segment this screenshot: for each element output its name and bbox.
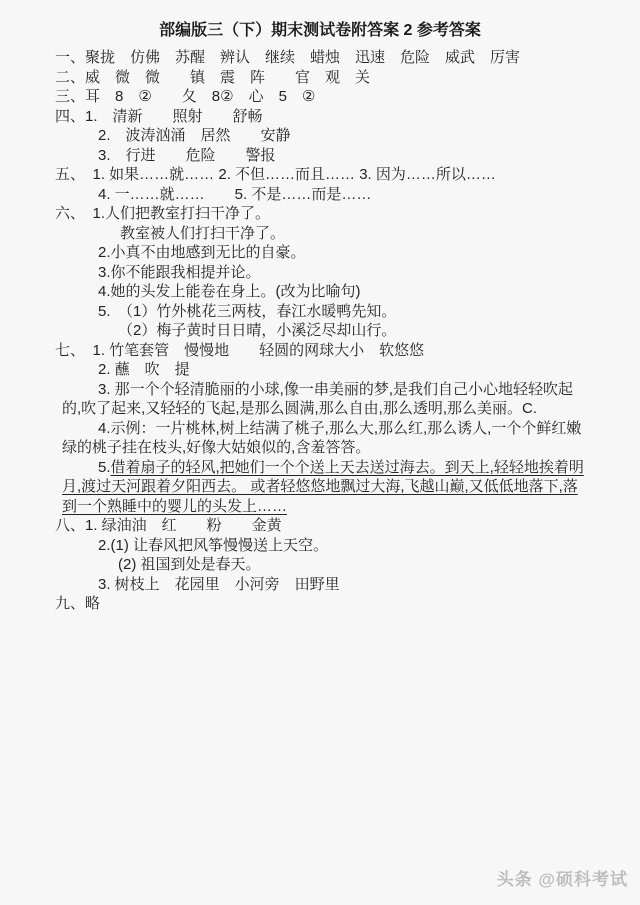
answer-line: 3.你不能跟我相提并论。 xyxy=(0,263,640,283)
answer-line: 四、1. 清新 照射 舒畅 xyxy=(0,107,640,127)
answer-line-text: 3. 树枝上 花园里 小河旁 田野里 xyxy=(98,576,340,593)
answer-line-text: 2. 蘸 吹 提 xyxy=(98,361,190,378)
answer-line-text: 3.你不能跟我相提并论。 xyxy=(98,264,261,281)
answer-line: 月,渡过天河跟着夕阳西去。 或者轻悠悠地飘过大海,飞越山巅,又低低地落下,落 xyxy=(0,477,640,497)
answer-line-text: 4.示例：一片桃林,树上结满了桃子,那么大,那么红,那么诱人,一个个鲜红嫩 xyxy=(98,420,581,437)
answer-line: 2. 波涛汹涌 居然 安静 xyxy=(0,126,640,146)
answer-line: （2）梅子黄时日日晴，小溪泛尽却山行。 xyxy=(0,321,640,341)
answer-line-text: 五、 1. 如果……就…… 2. 不但……而且…… 3. 因为……所以…… xyxy=(55,166,496,183)
answer-line: 到一个熟睡中的婴儿的头发上…… xyxy=(0,497,640,517)
answer-line: 5.借着扇子的轻风,把她们一个个送上天去送过海去。到天上,轻轻地挨着明 xyxy=(0,458,640,478)
answer-line: 二、威 微 微 镇 震 阵 官 观 关 xyxy=(0,68,640,88)
watermark: 头条 @硕科考试 xyxy=(497,865,628,890)
answer-line: 三、耳 8 ② 夂 8② 心 5 ② xyxy=(0,87,640,107)
answer-line: 六、 1.人们把教室打扫干净了。 xyxy=(0,204,640,224)
answer-line-text: 2.(1) 让春风把风筝慢慢送上天空。 xyxy=(98,537,328,554)
answer-line-text: 到一个熟睡中的婴儿的头发上…… xyxy=(62,498,287,515)
answer-line-text: 四、1. 清新 照射 舒畅 xyxy=(55,108,263,125)
answer-line-text: 九、略 xyxy=(55,595,100,612)
answer-line-text: 2. 波涛汹涌 居然 安静 xyxy=(98,127,291,144)
answer-line: 八、1. 绿油油 红 粉 金黄 xyxy=(0,516,640,536)
page-title: 部编版三（下）期末测试卷附答案 2 参考答案 xyxy=(0,0,640,41)
answer-line: 绿的桃子挂在枝头,好像大姑娘似的,含羞答答。 xyxy=(0,438,640,458)
answer-line: 2.小真不由地感到无比的自豪。 xyxy=(0,243,640,263)
answer-line: 的,吹了起来,又轻轻的飞起,是那么圆满,那么自由,那么透明,那么美丽。C. xyxy=(0,399,640,419)
answer-line: 2.(1) 让春风把风筝慢慢送上天空。 xyxy=(0,536,640,556)
answer-line-text: 七、 1. 竹笔套管 慢慢地 轻圆的网球大小 软悠悠 xyxy=(55,342,424,359)
answer-line: 教室被人们打扫干净了。 xyxy=(0,224,640,244)
document-viewport: { "document": { "title": "部编版三（下）期末测试卷附答… xyxy=(0,0,640,905)
answer-line-text: 4. 一……就…… 5. 不是……而是…… xyxy=(98,186,371,203)
answer-line-text: 3. 行进 危险 警报 xyxy=(98,147,276,164)
answer-line-text: 2.小真不由地感到无比的自豪。 xyxy=(98,244,306,261)
answer-sheet-page: 部编版三（下）期末测试卷附答案 2 参考答案 一、聚拢 仿佛 苏醒 辨认 继续 … xyxy=(0,0,640,905)
answer-line: 3. 树枝上 花园里 小河旁 田野里 xyxy=(0,575,640,595)
answer-line-text: 5. （1）竹外桃花三两枝，春江水暖鸭先知。 xyxy=(98,303,396,320)
answer-line: 3. 那一个个轻清脆丽的小球,像一串美丽的梦,是我们自己小心地轻轻吹起 xyxy=(0,380,640,400)
answer-line-text: 教室被人们打扫干净了。 xyxy=(120,225,285,242)
answer-line: 4. 一……就…… 5. 不是……而是…… xyxy=(0,185,640,205)
answer-line: 3. 行进 危险 警报 xyxy=(0,146,640,166)
answer-line-text: 月,渡过天河跟着夕阳西去。 或者轻悠悠地飘过大海,飞越山巅,又低低地落下,落 xyxy=(62,478,578,495)
answer-line-number: 5. xyxy=(98,459,111,476)
answer-line-text: 六、 1.人们把教室打扫干净了。 xyxy=(55,205,270,222)
answer-line-text: 绿的桃子挂在枝头,好像大姑娘似的,含羞答答。 xyxy=(62,439,370,456)
answer-line: 4.示例：一片桃林,树上结满了桃子,那么大,那么红,那么诱人,一个个鲜红嫩 xyxy=(0,419,640,439)
answer-line-text: 二、威 微 微 镇 震 阵 官 观 关 xyxy=(55,69,370,86)
answer-line-text: 4.她的头发上能卷在身上。(改为比喻句) xyxy=(98,283,361,300)
answer-line: 5. （1）竹外桃花三两枝，春江水暖鸭先知。 xyxy=(0,302,640,322)
answer-line-text: 的,吹了起来,又轻轻的飞起,是那么圆满,那么自由,那么透明,那么美丽。C. xyxy=(62,400,537,417)
answer-line-text: （2）梅子黄时日日晴，小溪泛尽却山行。 xyxy=(118,322,396,339)
answer-line: 4.她的头发上能卷在身上。(改为比喻句) xyxy=(0,282,640,302)
answer-line-text: 一、聚拢 仿佛 苏醒 辨认 继续 蜡烛 迅速 危险 威武 厉害 xyxy=(55,49,520,66)
answer-line-text: 八、1. 绿油油 红 粉 金黄 xyxy=(55,517,282,534)
answers-content: 一、聚拢 仿佛 苏醒 辨认 继续 蜡烛 迅速 危险 威武 厉害二、威 微 微 镇… xyxy=(0,48,640,614)
answer-line: 九、略 xyxy=(0,594,640,614)
answer-line: 一、聚拢 仿佛 苏醒 辨认 继续 蜡烛 迅速 危险 威武 厉害 xyxy=(0,48,640,68)
answer-line: 2. 蘸 吹 提 xyxy=(0,360,640,380)
answer-line: 五、 1. 如果……就…… 2. 不但……而且…… 3. 因为……所以…… xyxy=(0,165,640,185)
answer-line-text: 借着扇子的轻风,把她们一个个送上天去送过海去。到天上,轻轻地挨着明 xyxy=(111,459,584,476)
answer-line-text: 三、耳 8 ② 夂 8② 心 5 ② xyxy=(55,88,315,105)
answer-line: (2) 祖国到处是春天。 xyxy=(0,555,640,575)
answer-line-text: 3. 那一个个轻清脆丽的小球,像一串美丽的梦,是我们自己小心地轻轻吹起 xyxy=(98,381,573,398)
answer-line-text: (2) 祖国到处是春天。 xyxy=(118,556,261,573)
answer-line: 七、 1. 竹笔套管 慢慢地 轻圆的网球大小 软悠悠 xyxy=(0,341,640,361)
